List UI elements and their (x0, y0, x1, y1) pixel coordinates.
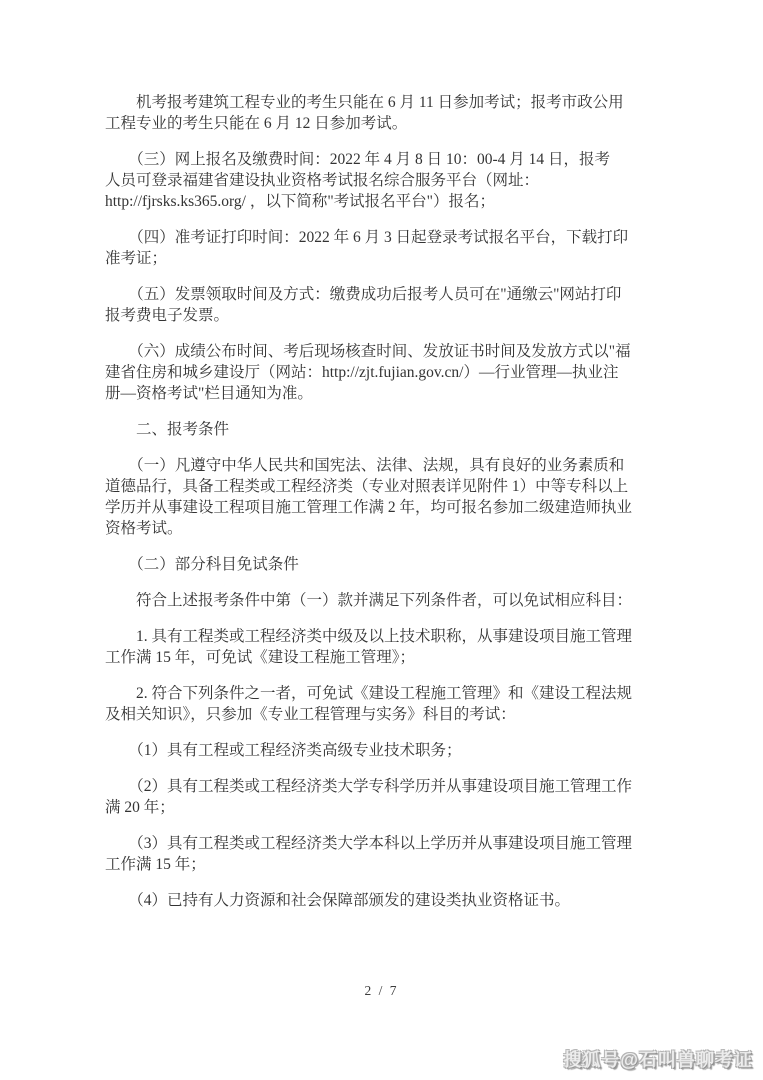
document-page: 机考报考建筑工程专业的考生只能在 6 月 11 日参加考试；报考市政公用 工程专… (0, 0, 763, 1080)
para-online-registration-time: （三）网上报名及缴费时间：2022 年 4 月 8 日 10：00-4 月 14… (105, 149, 665, 212)
para-exemption-sub-3: （3）具有工程类或工程经济类大学本科以上学历并从事建设项目施工管理 工作满 15… (105, 833, 665, 875)
para-exemption-intro: 符合上述报考条件中第（一）款并满足下列条件者，可以免试相应科目： (105, 590, 665, 611)
para-computer-exam-dates: 机考报考建筑工程专业的考生只能在 6 月 11 日参加考试；报考市政公用 工程专… (105, 92, 665, 134)
para-exemption-item-1: 1. 具有工程类或工程经济类中级及以上技术职称，从事建设项目施工管理 工作满 1… (105, 626, 665, 668)
document-body: 机考报考建筑工程专业的考生只能在 6 月 11 日参加考试；报考市政公用 工程专… (105, 92, 665, 926)
heading-registration-requirements: 二、报考条件 (105, 419, 665, 440)
page-number: 2 / 7 (0, 983, 763, 999)
para-general-requirements: （一）凡遵守中华人民共和国宪法、法律、法规，具有良好的业务素质和 道德品行，具备… (105, 455, 665, 539)
heading-exemption-conditions: （二）部分科目免试条件 (105, 554, 665, 575)
para-exemption-sub-2: （2）具有工程类或工程经济类大学专科学历并从事建设项目施工管理工作 满 20 年… (105, 776, 665, 818)
para-admission-ticket-print: （四）准考证打印时间：2022 年 6 月 3 日起登录考试报名平台，下载打印 … (105, 227, 665, 269)
para-results-announcement: （六）成绩公布时间、考后现场核查时间、发放证书时间及发放方式以"福 建省住房和城… (105, 341, 665, 404)
watermark-sohu-badge: 搜狐号@石叫兽聊考证 (563, 1046, 753, 1072)
para-invoice-collection: （五）发票领取时间及方式：缴费成功后报考人员可在"通缴云"网站打印 报考费电子发… (105, 284, 665, 326)
para-exemption-sub-1: （1）具有工程或工程经济类高级专业技术职务； (105, 740, 665, 761)
para-exemption-item-2: 2. 符合下列条件之一者，可免试《建设工程施工管理》和《建设工程法规 及相关知识… (105, 683, 665, 725)
para-exemption-sub-4: （4）已持有人力资源和社会保障部颁发的建设类执业资格证书。 (105, 890, 665, 911)
